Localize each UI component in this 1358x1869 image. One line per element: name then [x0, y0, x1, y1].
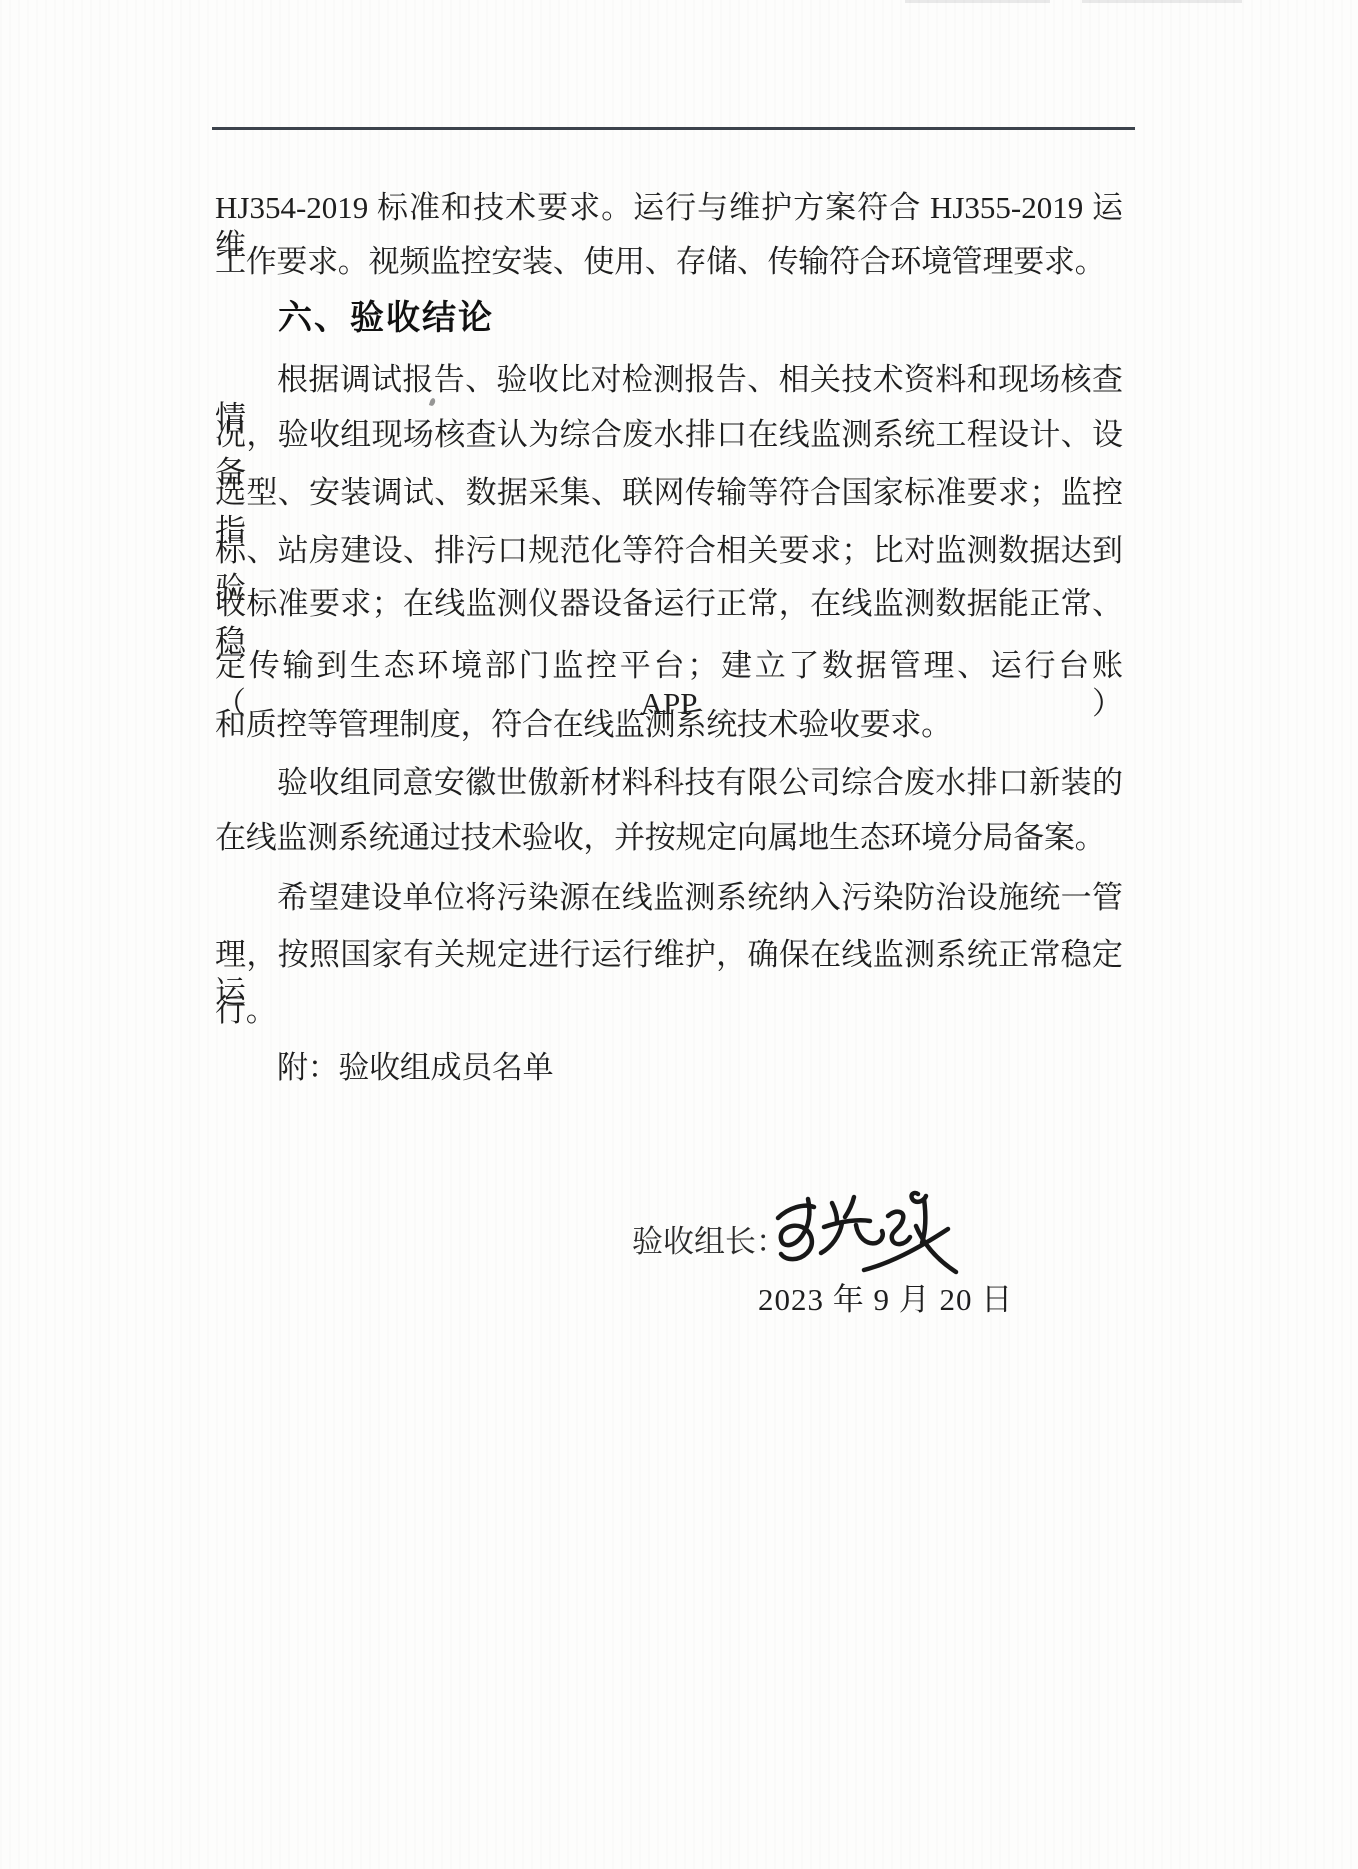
header-rule	[212, 127, 1135, 130]
conclusion-line-7: 和质控等管理制度，符合在线监测系统技术验收要求。	[215, 706, 1123, 744]
handwritten-signature-icon	[766, 1186, 962, 1286]
recommendation-line-1: 希望建设单位将污染源在线监测系统纳入污染防治设施统一管	[215, 879, 1123, 917]
scan-artifact-top-2	[1082, 0, 1242, 3]
approval-line-2: 在线监测系统通过技术验收，并按规定向属地生态环境分局备案。	[215, 819, 1123, 857]
signature-label: 验收组长：	[632, 1224, 787, 1260]
recommendation-line-3: 行。	[215, 992, 1123, 1030]
section-heading: 六、验收结论	[278, 299, 494, 337]
document-page: HJ354-2019 标准和技术要求。运行与维护方案符合 HJ355-2019 …	[0, 0, 1358, 1869]
attachment-note: 附：验收组成员名单	[277, 1049, 553, 1087]
scan-artifact-top-1	[905, 0, 1050, 3]
intro-line-2: 工作要求。视频监控安装、使用、存储、传输符合环境管理要求。	[215, 243, 1123, 281]
approval-line-1: 验收组同意安徽世傲新材料科技有限公司综合废水排口新装的	[215, 764, 1123, 802]
signoff-date: 2023 年 9 月 20 日	[758, 1281, 1013, 1319]
